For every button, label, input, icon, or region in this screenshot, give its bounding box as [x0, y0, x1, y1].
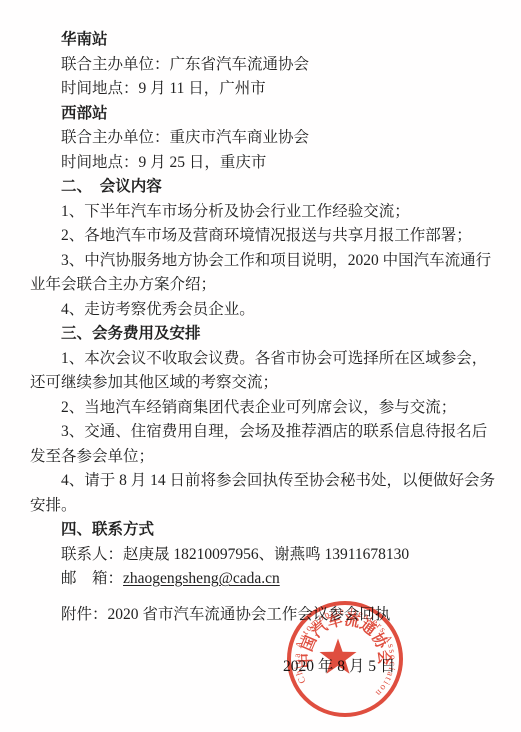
section2-item-2: 2、各地汽车市场及营商环境情况报送与共享月报工作部署； [30, 224, 496, 249]
official-stamp-icon: 中国汽车流通协会 China Automobile Dealers Associ… [285, 596, 405, 720]
section2-item-1: 1、下半年汽车市场分析及协会行业工作经验交流； [30, 200, 496, 225]
section2-item-3: 3、中汽协服务地方协会工作和项目说明，2020 中国汽车流通行业年会联合主办方案… [30, 249, 496, 298]
section3-heading: 三、会务费用及安排 [30, 322, 496, 347]
station-south-schedule: 时间地点：9 月 11 日，广州市 [30, 77, 496, 102]
section3-item-3: 3、交通、住宿费用自理，会场及推荐酒店的联系信息待报名后发至各参会单位； [30, 420, 496, 469]
section2-item-4: 4、走访考察优秀会员企业。 [30, 298, 496, 323]
section3-item-4: 4、请于 8 月 14 日前将参会回执传至协会秘书处，以便做好会务安排。 [30, 469, 496, 518]
attachment-line: 附件：2020 省市汽车流通协会工作会议参会回执 [30, 603, 496, 628]
stamp-star-icon [320, 639, 357, 674]
section2-heading: 二、 会议内容 [30, 175, 496, 200]
document-page: 华南站 联合主办单位：广东省汽车流通协会 时间地点：9 月 11 日，广州市 西… [0, 0, 521, 732]
station-west-name: 西部站 [30, 102, 496, 127]
section3-item-1: 1、本次会议不收取会议费。各省市协会可选择所在区域参会，还可继续参加其他区域的考… [30, 347, 496, 396]
section4-heading: 四、联系方式 [30, 518, 496, 543]
contact-line: 联系人：赵庚晟 18210097956、谢燕鸣 13911678130 [30, 543, 496, 568]
email-label: 邮 箱： [61, 570, 123, 587]
station-west-schedule: 时间地点：9 月 25 日，重庆市 [30, 151, 496, 176]
station-south-name: 华南站 [30, 28, 496, 53]
station-south-host: 联合主办单位：广东省汽车流通协会 [30, 53, 496, 78]
email-line: 邮 箱：zhaogengsheng@cada.cn [30, 567, 496, 592]
email-link[interactable]: zhaogengsheng@cada.cn [123, 570, 280, 587]
station-west-host: 联合主办单位：重庆市汽车商业协会 [30, 126, 496, 151]
section3-item-2: 2、当地汽车经销商集团代表企业可列席会议，参与交流； [30, 396, 496, 421]
